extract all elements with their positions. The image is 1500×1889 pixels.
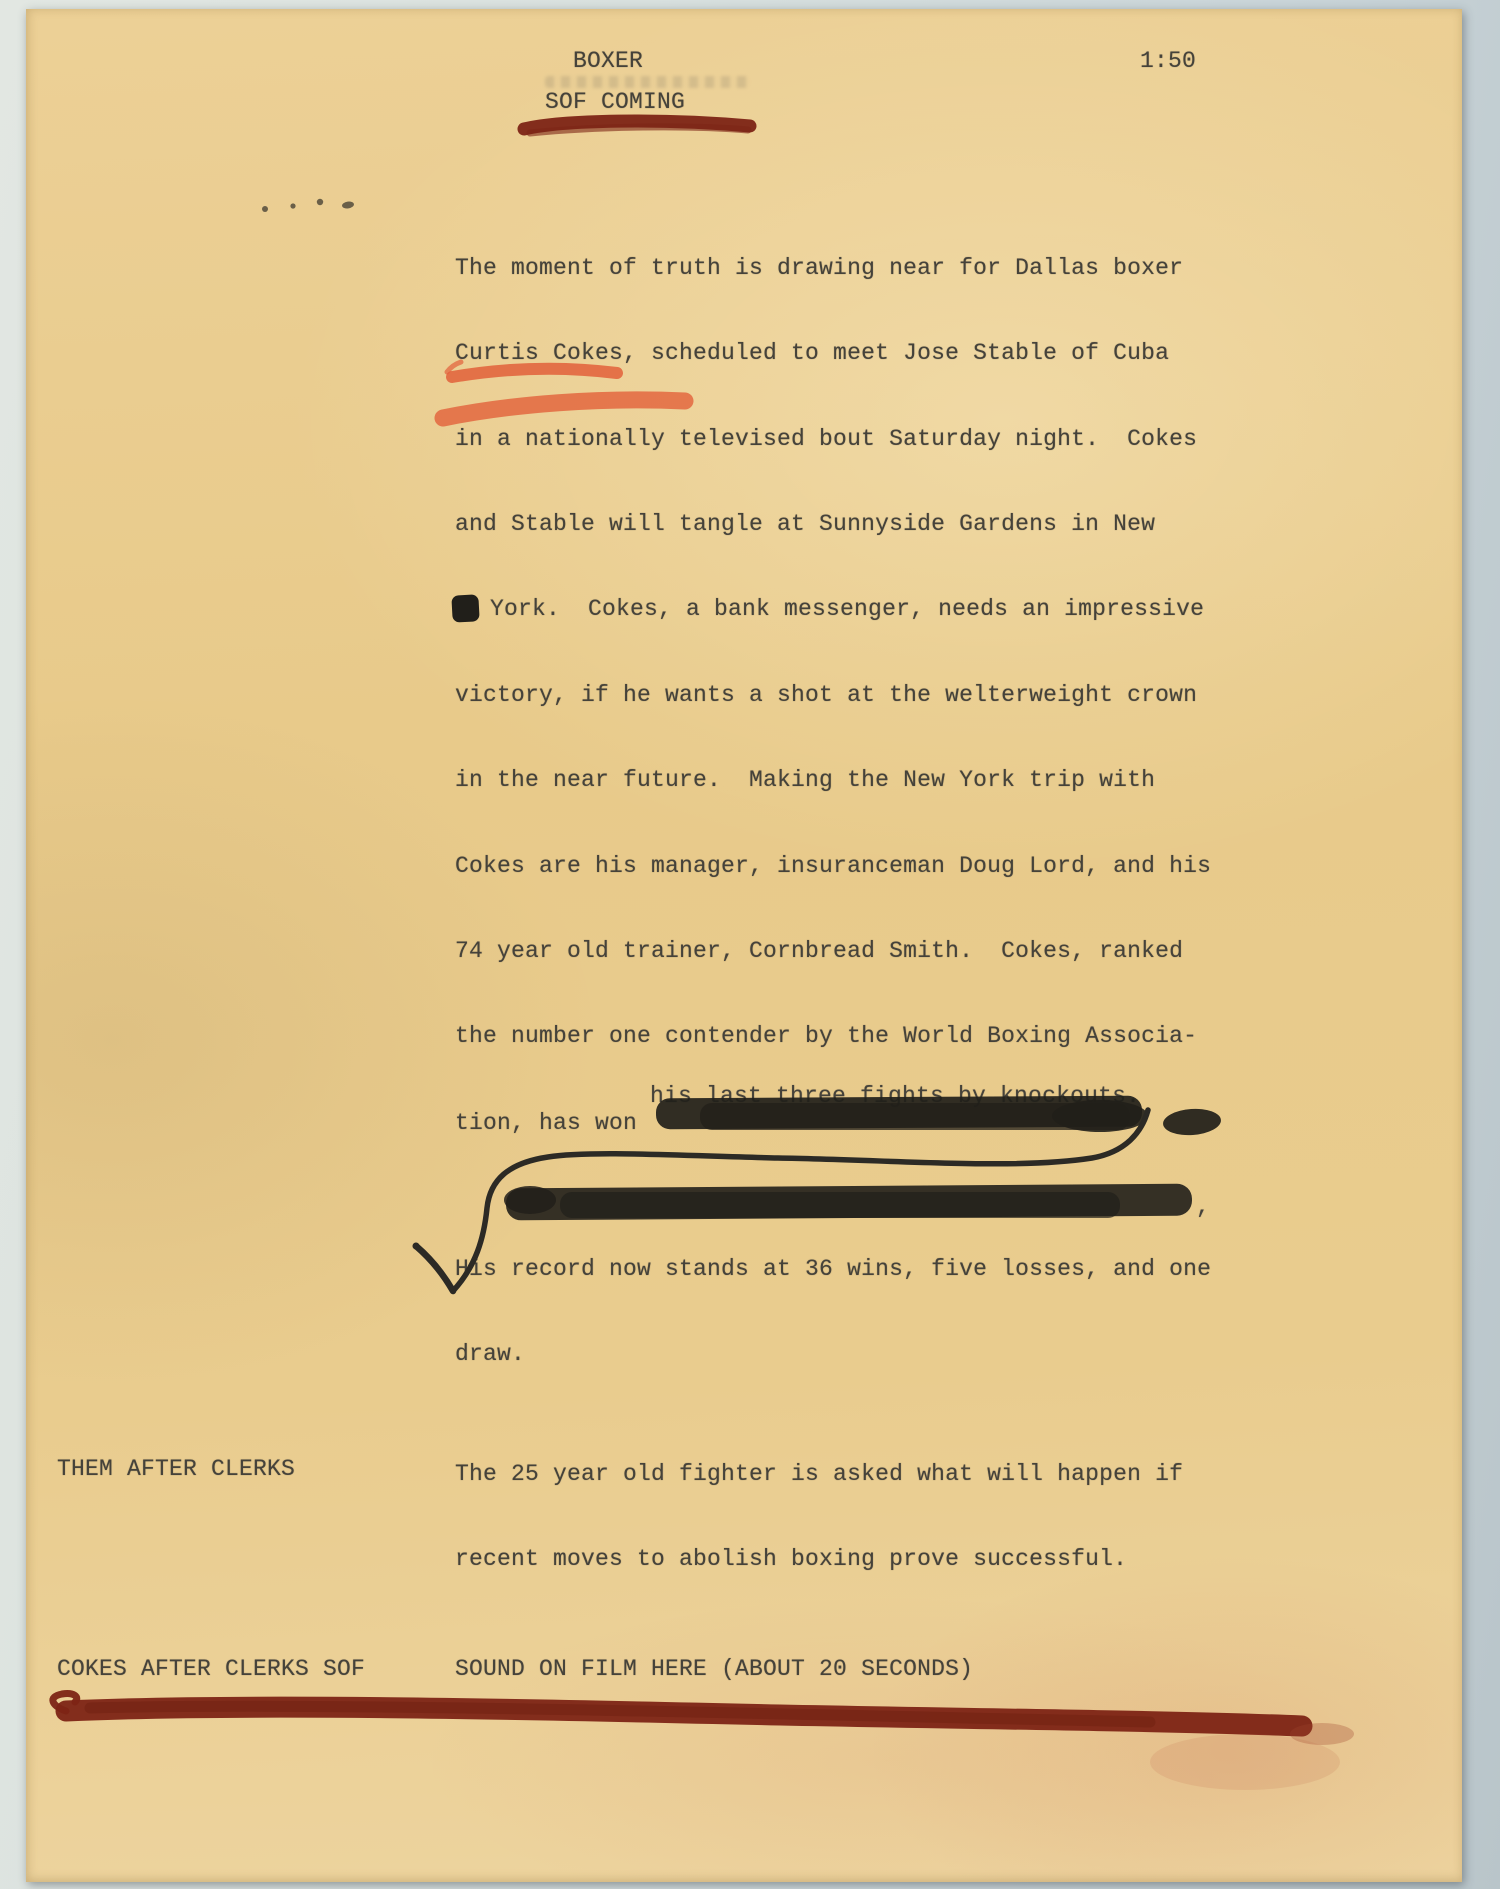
struck-line-prefix: tion, has won [455, 1110, 637, 1137]
script-line: in a nationally televised bout Saturday … [455, 426, 1197, 453]
cue-label: COKES AFTER CLERKS SOF [57, 1656, 365, 1683]
cue-label: THEM AFTER CLERKS [57, 1456, 295, 1483]
script-line: draw. [455, 1341, 525, 1368]
script-line: in the near future. Making the New York … [455, 767, 1155, 794]
script-line: His record now stands at 36 wins, five l… [455, 1256, 1211, 1283]
erased-text-smudge [545, 76, 750, 88]
script-line: The moment of truth is drawing near for … [455, 255, 1183, 282]
timing-label: 1:50 [1140, 48, 1196, 75]
cue-text-line: recent moves to abolish boxing prove suc… [455, 1546, 1127, 1573]
script-line: York. Cokes, a bank messenger, needs an … [490, 596, 1204, 623]
cue-text-line: SOUND ON FILM HERE (ABOUT 20 SECONDS) [455, 1656, 973, 1683]
struck-line-trailing-comma: , [1196, 1194, 1210, 1221]
page-slug: BOXER [573, 48, 643, 75]
scanned-news-script: BOXER 1:50 SOF COMING The moment of trut… [0, 0, 1500, 1889]
script-line: and Stable will tangle at Sunnyside Gard… [455, 511, 1155, 538]
cue-text-line: The 25 year old fighter is asked what wi… [455, 1461, 1183, 1488]
script-line: Cokes are his manager, insuranceman Doug… [455, 853, 1211, 880]
script-line: 74 year old trainer, Cornbread Smith. Co… [455, 938, 1183, 965]
script-line: Curtis Cokes, scheduled to meet Jose Sta… [455, 340, 1169, 367]
script-line: the number one contender by the World Bo… [455, 1023, 1197, 1050]
paper-sheet: BOXER 1:50 SOF COMING The moment of trut… [26, 9, 1462, 1882]
inserted-correction-line: his last three fights by knockouts. [650, 1083, 1140, 1110]
subhead: SOF COMING [545, 89, 685, 116]
script-line: victory, if he wants a shot at the welte… [455, 682, 1197, 709]
